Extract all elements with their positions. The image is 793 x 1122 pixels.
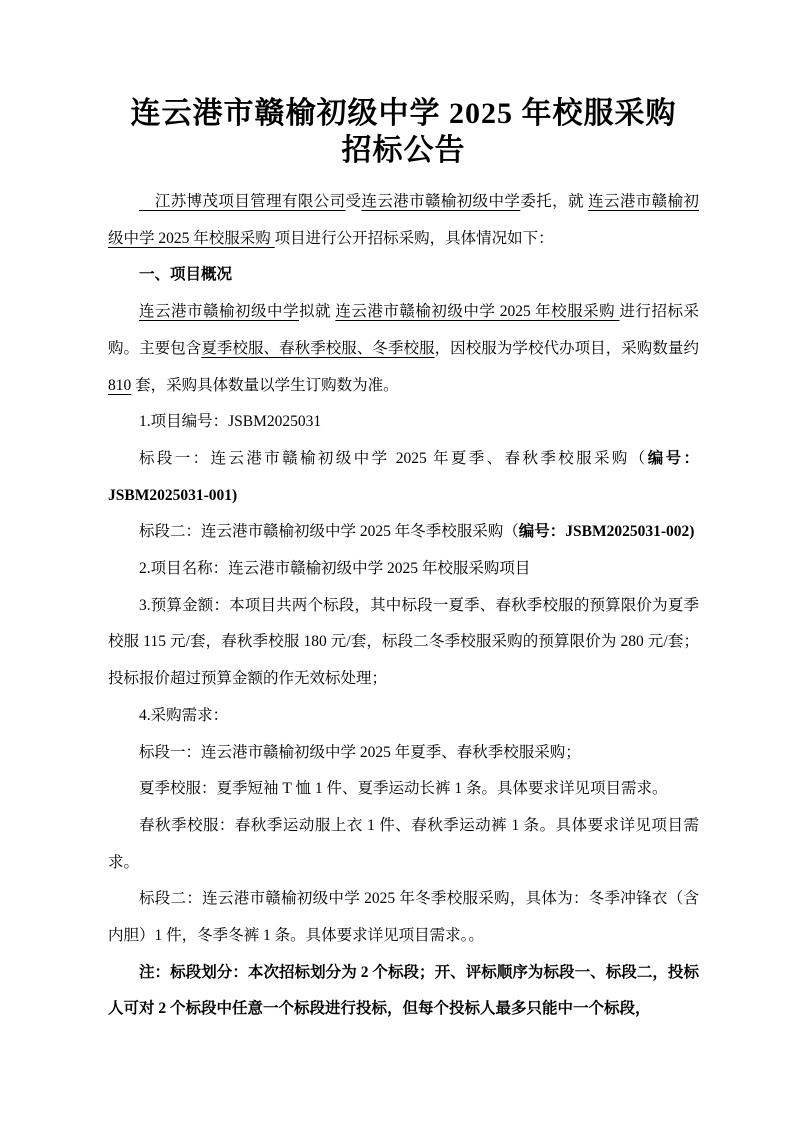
bold-text: 注：标段划分：本次招标划分为 2 个标段；开、评标顺序为标段一、标段二，投标人可… xyxy=(108,964,699,1018)
text-run: 项目进行公开招标采购，具体情况如下： xyxy=(275,230,554,247)
project-name: 2.项目名称：连云港市赣榆初级中学 2025 年校服采购项目 xyxy=(108,551,699,588)
lot-2-number: 标段二：连云港市赣榆初级中学 2025 年冬季校服采购（编号：JSBM20250… xyxy=(108,514,699,551)
document-title: 连云港市赣榆初级中学 2025 年校服采购 招标公告 xyxy=(108,95,699,169)
bold-text: 一、项目概况 xyxy=(139,266,232,283)
text-run: ，因校服为学校代办项目，采购数量约 xyxy=(435,340,699,357)
text-run: 1.项目编号：JSBM2025031 xyxy=(139,413,321,430)
lot-1-requirement: 标段一：连云港市赣榆初级中学 2025 年夏季、春秋季校服采购； xyxy=(108,735,699,772)
text-run: 受 xyxy=(346,193,362,210)
text-run: 3.预算金额：本项目共两个标段，其中标段一夏季、春秋季校服的预算限价为夏季校服 … xyxy=(108,597,699,687)
lot-1-number: 标段一：连云港市赣榆初级中学 2025 年夏季、春秋季校服采购（编号：JSBM2… xyxy=(108,441,699,514)
text-run: 2.项目名称：连云港市赣榆初级中学 2025 年校服采购项目 xyxy=(139,560,530,577)
underlined-text: 连云港市赣榆初级中学 2025 年校服采购 xyxy=(335,303,619,320)
document-title-line2: 招标公告 xyxy=(108,132,699,169)
text-run: 夏季校服：夏季短袖 T 恤 1 件、夏季运动长裤 1 条。具体要求详见项目需求。 xyxy=(139,780,667,797)
text-run: 4.采购需求： xyxy=(139,707,228,724)
spring-autumn-uniform-detail: 春秋季校服：春秋季运动服上衣 1 件、春秋季运动裤 1 条。具体要求详见项目需求… xyxy=(108,808,699,881)
text-run: 套，采购具体数量以学生订购数为准。 xyxy=(131,377,398,394)
document-title-line1: 连云港市赣榆初级中学 2025 年校服采购 xyxy=(108,95,699,132)
procurement-requirements-heading: 4.采购需求： xyxy=(108,698,699,735)
text-run: 标段二：连云港市赣榆初级中学 2025 年冬季校服采购，具体为：冬季冲锋衣（含内… xyxy=(108,890,699,944)
underlined-text: 江苏博茂项目管理有限公司 xyxy=(139,193,346,210)
text-run: 春秋季校服：春秋季运动服上衣 1 件、春秋季运动裤 1 条。具体要求详见项目需求… xyxy=(108,817,699,871)
project-overview-paragraph: 连云港市赣榆初级中学拟就 连云港市赣榆初级中学 2025 年校服采购 进行招标采… xyxy=(108,294,699,404)
underlined-text: 连云港市赣榆初级中学 xyxy=(139,303,299,320)
budget-paragraph: 3.预算金额：本项目共两个标段，其中标段一夏季、春秋季校服的预算限价为夏季校服 … xyxy=(108,588,699,698)
text-run: 标段二：连云港市赣榆初级中学 2025 年冬季校服采购（ xyxy=(139,523,519,540)
note-paragraph: 注：标段划分：本次招标划分为 2 个标段；开、评标顺序为标段一、标段二，投标人可… xyxy=(108,955,699,1028)
intro-paragraph: 江苏博茂项目管理有限公司受连云港市赣榆初级中学委托，就 连云港市赣榆初级中学 2… xyxy=(108,184,699,257)
project-number: 1.项目编号：JSBM2025031 xyxy=(108,404,699,441)
underlined-text: 夏季校服、春秋季校服、冬季校服 xyxy=(201,340,434,357)
bold-text: 编号：JSBM2025031-002) xyxy=(519,523,695,540)
text-run: 标段一：连云港市赣榆初级中学 2025 年夏季、春秋季校服采购（ xyxy=(139,450,648,467)
underlined-text: 810 xyxy=(108,377,131,394)
text-run: 委托，就 xyxy=(520,193,588,210)
text-run: 标段一：连云港市赣榆初级中学 2025 年夏季、春秋季校服采购； xyxy=(139,744,581,761)
document-page: 连云港市赣榆初级中学 2025 年校服采购 招标公告 江苏博茂项目管理有限公司受… xyxy=(0,0,793,1122)
text-run: 拟就 xyxy=(299,303,335,320)
section-heading-project-overview: 一、项目概况 xyxy=(108,257,699,294)
document-body: 江苏博茂项目管理有限公司受连云港市赣榆初级中学委托，就 连云港市赣榆初级中学 2… xyxy=(108,184,699,1028)
summer-uniform-detail: 夏季校服：夏季短袖 T 恤 1 件、夏季运动长裤 1 条。具体要求详见项目需求。 xyxy=(108,771,699,808)
underlined-text: 连云港市赣榆初级中学 xyxy=(361,193,520,210)
lot-2-requirement: 标段二：连云港市赣榆初级中学 2025 年冬季校服采购，具体为：冬季冲锋衣（含内… xyxy=(108,881,699,954)
